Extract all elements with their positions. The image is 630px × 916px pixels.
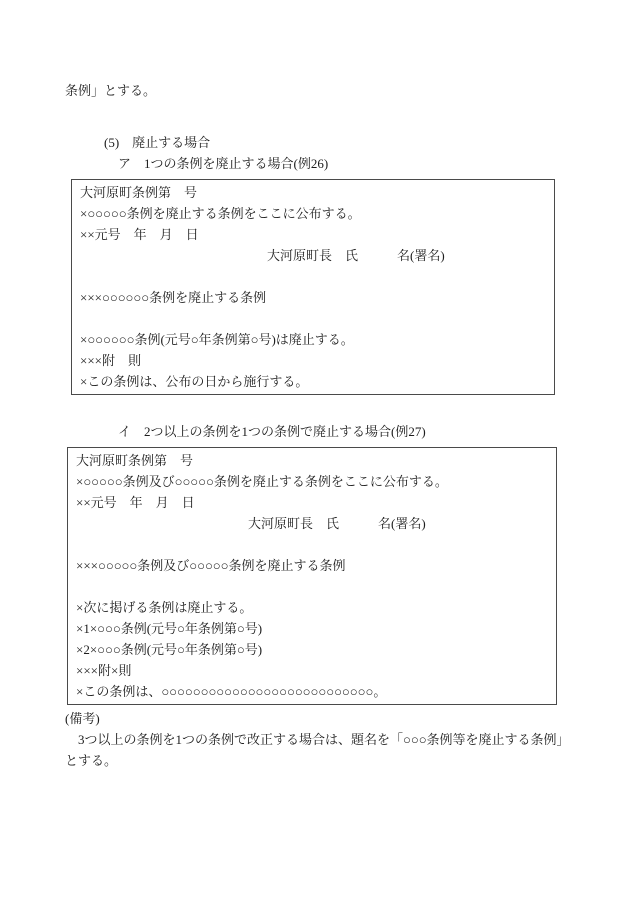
blank-line	[80, 308, 546, 329]
subheading-example26: ア 1つの条例を廃止する場合(例26)	[65, 153, 567, 174]
supplementary-provisions-line: ×××附 則	[80, 350, 546, 371]
section-heading-5: (5) 廃止する場合	[65, 132, 567, 153]
example26-box: 大河原町条例第 号 ×○○○○○条例を廃止する条例をここに公布する。 ××元号 …	[71, 179, 555, 395]
enforcement-line: ×この条例は、公布の日から施行する。	[80, 371, 546, 392]
document-page: 条例」とする。 (5) 廃止する場合 ア 1つの条例を廃止する場合(例26) 大…	[0, 0, 630, 916]
remarks-text-line-1: 3つ以上の条例を1つの条例で改正する場合は、題名を「○○○条例等を廃止する条例」	[65, 729, 567, 750]
enforcement-line: ×この条例は、○○○○○○○○○○○○○○○○○○○○○○○○○○○。	[76, 681, 548, 702]
repeal-statement-line: ×○○○○○○条例(元号○年条例第○号)は廃止する。	[80, 329, 546, 350]
promulgation-line: ×○○○○○条例を廃止する条例をここに公布する。	[80, 203, 546, 224]
document-body: 条例」とする。 (5) 廃止する場合 ア 1つの条例を廃止する場合(例26) 大…	[65, 80, 567, 771]
remarks-heading: (備考)	[65, 708, 567, 729]
remarks-text-line-2: とする。	[65, 750, 567, 771]
example27-box: 大河原町条例第 号 ×○○○○○条例及び○○○○○条例を廃止する条例をここに公布…	[67, 447, 557, 705]
signature-line: 大河原町長 氏 名(署名)	[80, 245, 546, 266]
repeal-item-1-line: ×1×○○○条例(元号○年条例第○号)	[76, 618, 548, 639]
blank-line	[80, 266, 546, 287]
signature-line: 大河原町長 氏 名(署名)	[76, 513, 548, 534]
subheading-example27: イ 2つ以上の条例を1つの条例で廃止する場合(例27)	[65, 421, 567, 442]
date-line: ××元号 年 月 日	[80, 224, 546, 245]
blank-line	[76, 534, 548, 555]
promulgation-line: ×○○○○○条例及び○○○○○条例を廃止する条例をここに公布する。	[76, 471, 548, 492]
blank-line	[76, 576, 548, 597]
supplementary-provisions-line: ×××附×則	[76, 660, 548, 681]
ordinance-number-line: 大河原町条例第 号	[76, 450, 548, 471]
date-line: ××元号 年 月 日	[76, 492, 548, 513]
repeal-intro-line: ×次に掲げる条例は廃止する。	[76, 597, 548, 618]
ordinance-title-line: ×××○○○○○条例及び○○○○○条例を廃止する条例	[76, 555, 548, 576]
ordinance-title-line: ×××○○○○○○条例を廃止する条例	[80, 287, 546, 308]
intro-text: 条例」とする。	[65, 80, 567, 101]
ordinance-number-line: 大河原町条例第 号	[80, 182, 546, 203]
repeal-item-2-line: ×2×○○○条例(元号○年条例第○号)	[76, 639, 548, 660]
